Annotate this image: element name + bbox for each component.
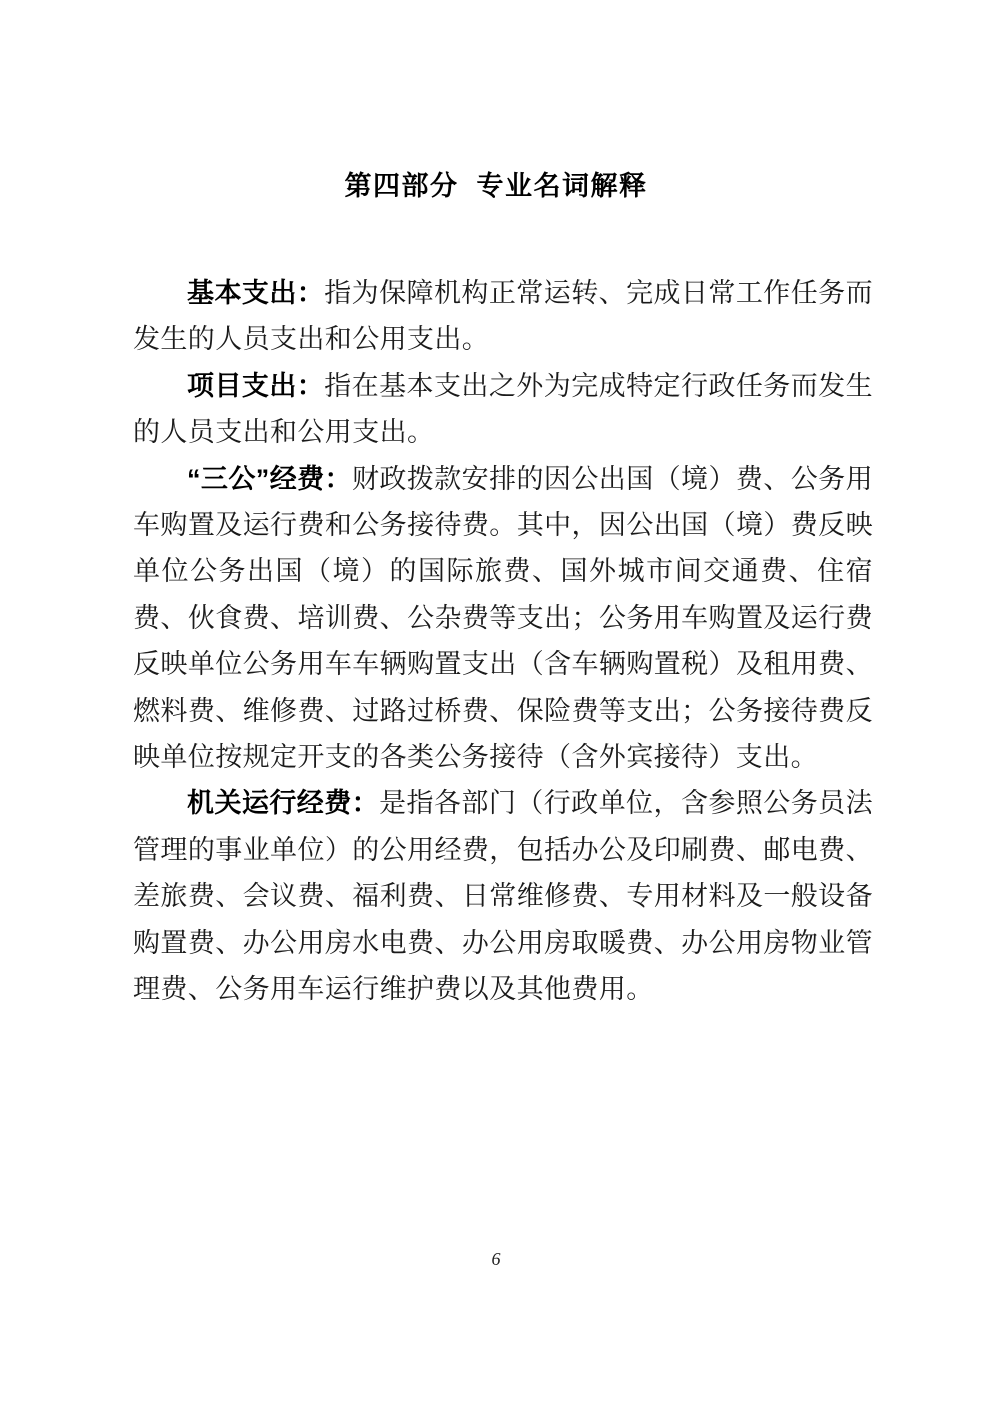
term-definition: 是指各部门（行政单位，含参照公务员法管理的事业单位）的公用经费，包括办公及印刷费… bbox=[133, 788, 873, 1004]
page-number: 6 bbox=[0, 1248, 992, 1270]
term-label: 基本支出： bbox=[187, 278, 324, 308]
definition-paragraph-project-expenditure: 项目支出：指在基本支出之外为完成特定行政任务而发生的人员支出和公用支出。 bbox=[133, 363, 873, 456]
definition-paragraph-basic-expenditure: 基本支出：指为保障机构正常运转、完成日常工作任务而发生的人员支出和公用支出。 bbox=[133, 270, 873, 363]
term-label: 项目支出： bbox=[187, 371, 324, 401]
page-title: 第四部分 专业名词解释 bbox=[0, 166, 992, 206]
term-label: “三公”经费： bbox=[187, 464, 352, 494]
document-page: 第四部分 专业名词解释 基本支出：指为保障机构正常运转、完成日常工作任务而发生的… bbox=[0, 0, 992, 1403]
term-label: 机关运行经费： bbox=[187, 788, 379, 818]
definition-paragraph-three-public-funds: “三公”经费：财政拨款安排的因公出国（境）费、公务用车购置及运行费和公务接待费。… bbox=[133, 456, 873, 781]
definitions-section: 基本支出：指为保障机构正常运转、完成日常工作任务而发生的人员支出和公用支出。 项… bbox=[133, 270, 873, 1013]
term-definition: 财政拨款安排的因公出国（境）费、公务用车购置及运行费和公务接待费。其中，因公出国… bbox=[133, 464, 873, 772]
definition-paragraph-agency-operating-funds: 机关运行经费：是指各部门（行政单位，含参照公务员法管理的事业单位）的公用经费，包… bbox=[133, 780, 873, 1012]
